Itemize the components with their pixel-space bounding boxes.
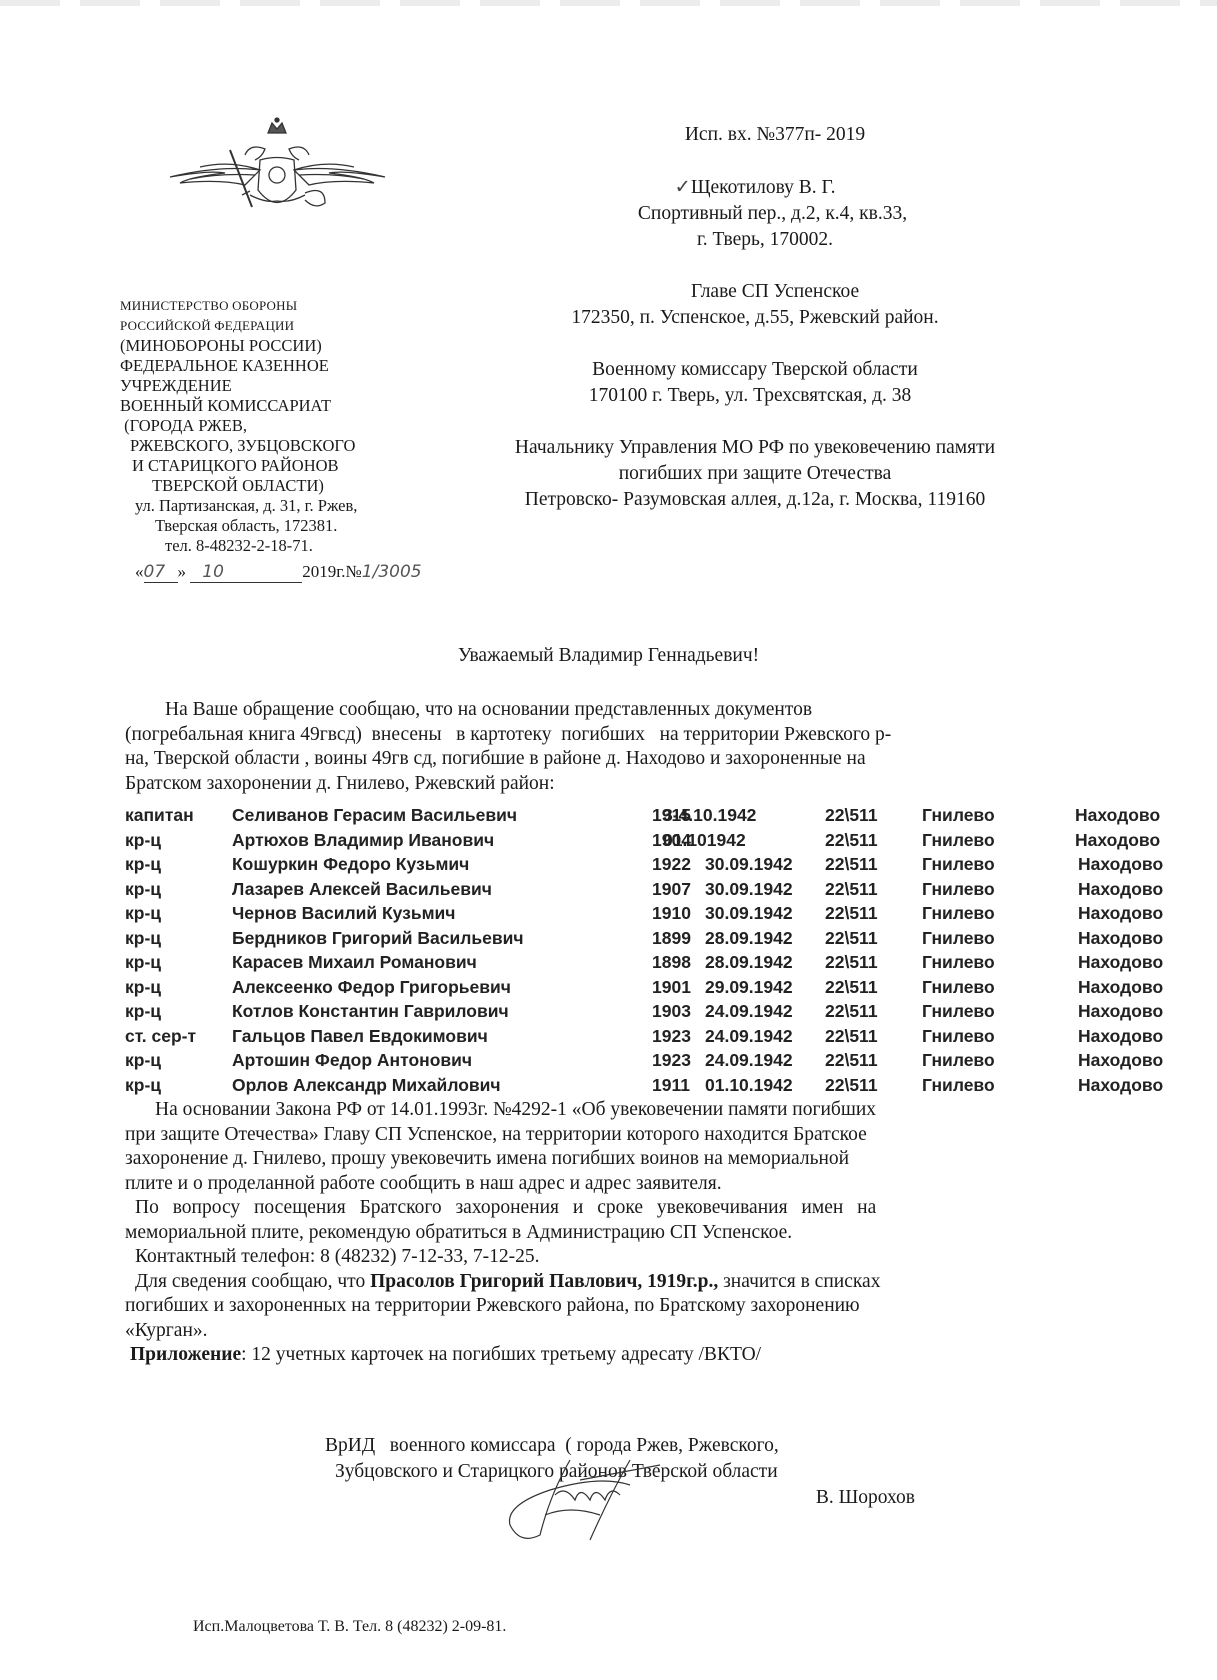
intro-paragraph: На Ваше обращение сообщаю, что на основа…: [125, 698, 1080, 796]
soldier-row: кр-цАртюхов Владимир Иванович190401.1019…: [125, 830, 1185, 855]
soldier-death-date: 01.10.1942: [705, 1075, 793, 1096]
soldier-row: кр-цЧернов Василий Кузьмич191030.09.1942…: [125, 903, 1185, 928]
soldier-death-place: Находово: [1078, 1050, 1163, 1071]
soldier-rank: кр-ц: [125, 879, 161, 900]
soldier-death-date: 24.09.1942: [705, 1050, 793, 1071]
soldier-unit: 22\511: [825, 1001, 878, 1022]
addressee-2-name: Главе СП Успенское: [430, 279, 1080, 305]
sender-block: МИНИСТЕРСТВО ОБОРОНЫ РОССИЙСКОЙ ФЕДЕРАЦИ…: [120, 296, 420, 556]
soldier-death-date: 24.09.1942: [705, 1001, 793, 1022]
soldier-rank: капитан: [125, 805, 194, 826]
attachment-line: Приложение: 12 учетных карточек на погиб…: [125, 1343, 1080, 1368]
soldier-rank: кр-ц: [125, 903, 161, 924]
soldier-burial-place: Гнилево: [922, 879, 995, 900]
soldier-birth-year: 1911: [652, 1075, 690, 1096]
soldier-birth-year: 1923: [652, 1026, 691, 1047]
date-day: 07: [144, 562, 178, 583]
soldier-birth-year: 1898: [652, 952, 691, 973]
sender-line: ТВЕРСКОЙ ОБЛАСТИ): [120, 476, 420, 496]
soldier-row: кр-цАлексеенко Федор Григорьевич190129.0…: [125, 977, 1185, 1002]
sender-address-line: ул. Партизанская, д. 31, г. Ржев,: [120, 496, 420, 516]
soldier-death-place: Находово: [1078, 879, 1163, 900]
sender-address-line: Тверская область, 172381.: [120, 516, 420, 536]
soldier-birth-year: 1907: [652, 879, 691, 900]
soldier-death-place: Находово: [1078, 977, 1163, 998]
soldier-name: Селиванов Герасим Васильевич: [232, 805, 517, 826]
addressee-1-city: г. Тверь, 170002.: [430, 227, 1080, 253]
attachment-label: Приложение: [130, 1344, 241, 1365]
soldier-death-date: 24.09.1942: [705, 1026, 793, 1047]
soldier-burial-place: Гнилево: [922, 952, 995, 973]
soldier-burial-place: Гнилево: [922, 1026, 995, 1047]
sender-line: МИНИСТЕРСТВО ОБОРОНЫ: [120, 296, 420, 316]
soldier-death-place: Находово: [1078, 854, 1163, 875]
soldier-rank: кр-ц: [125, 854, 161, 875]
soldier-birth-year: 1922: [652, 854, 691, 875]
scan-artifact: [0, 0, 1217, 6]
addressee-3-address: 170100 г. Тверь, ул. Трехсвятская, д. 38: [430, 383, 1080, 409]
soldier-birth-year: 1903: [652, 1001, 691, 1022]
soldier-unit: 22\511: [825, 805, 878, 826]
soldier-name: Котлов Константин Гаврилович: [232, 1001, 509, 1022]
info-line: «Курган».: [125, 1319, 1080, 1344]
addressee-4-subtitle: погибших при защите Отечества: [430, 461, 1080, 487]
addressee-2-address: 172350, п. Успенское, д.55, Ржевский рай…: [430, 305, 1080, 331]
law-line: при защите Отечества» Главу СП Успенское…: [125, 1123, 1080, 1148]
soldier-death-place: Находово: [1078, 1075, 1163, 1096]
soldier-rank: кр-ц: [125, 830, 161, 851]
registration-date-line: «07» 102019г.№1/3005: [135, 562, 422, 583]
soldier-burial-place: Гнилево: [922, 1001, 995, 1022]
soldiers-table: капитанСеливанов Герасим Васильевич19153…: [125, 805, 1185, 1099]
soldier-row: кр-цКарасев Михаил Романович189828.09.19…: [125, 952, 1185, 977]
soldier-name: Алексеенко Федор Григорьевич: [232, 977, 511, 998]
sender-line: РЖЕВСКОГО, ЗУБЦОВСКОГО: [120, 436, 420, 456]
soldier-rank: кр-ц: [125, 1001, 161, 1022]
soldier-death-date: 28.09.1942: [705, 928, 793, 949]
soldier-death-place: Находово: [1078, 952, 1163, 973]
executor-footer: Исп.Малоцветова Т. В. Тел. 8 (48232) 2-0…: [193, 1618, 506, 1636]
sender-line: РОССИЙСКОЙ ФЕДЕРАЦИИ: [120, 316, 420, 336]
soldier-death-date: 30.09.1942: [705, 903, 793, 924]
addressee-4-name: Начальнику Управления МО РФ по увековече…: [430, 435, 1080, 461]
soldier-name: Артюхов Владимир Иванович: [232, 830, 494, 851]
date-open-quote: «: [135, 562, 144, 581]
law-paragraph: На основании Закона РФ от 14.01.1993г. №…: [125, 1098, 1080, 1368]
soldier-rank: кр-ц: [125, 928, 161, 949]
soldier-death-date: 01.101942: [663, 830, 746, 851]
soldier-burial-place: Гнилево: [922, 854, 995, 875]
soldier-unit: 22\511: [825, 928, 878, 949]
soldier-unit: 22\511: [825, 879, 878, 900]
sender-line: ФЕДЕРАЛЬНОЕ КАЗЕННОЕ: [120, 356, 420, 376]
soldier-rank: кр-ц: [125, 952, 161, 973]
sender-line: (ГОРОДА РЖЕВ,: [120, 416, 420, 436]
soldier-death-date: 30.09.1942: [705, 879, 793, 900]
intro-line: Братском захоронении д. Гнилево, Ржевски…: [125, 772, 1080, 797]
addressee-3-name: Военному комиссару Тверской области: [430, 357, 1080, 383]
registration-number: 1/3005: [362, 562, 422, 582]
soldier-burial-place: Гнилево: [922, 1075, 995, 1096]
soldier-burial-place: Гнилево: [922, 928, 995, 949]
sender-line: УЧРЕЖДЕНИЕ: [120, 376, 420, 396]
soldier-row: кр-цАртошин Федор Антонович192324.09.194…: [125, 1050, 1185, 1075]
soldier-death-place: Находово: [1078, 928, 1163, 949]
soldier-death-date: 30.09.1942: [705, 854, 793, 875]
soldier-unit: 22\511: [825, 1026, 878, 1047]
addressee-4-address: Петровско- Разумовская аллея, д.12а, г. …: [430, 487, 1080, 513]
soldier-name: Орлов Александр Михайлович: [232, 1075, 501, 1096]
soldier-unit: 22\511: [825, 854, 878, 875]
date-year: 2019г.№: [302, 562, 362, 581]
addressee-1-address: Спортивный пер., д.2, к.4, кв.33,: [430, 201, 1080, 227]
soldier-row: ст. сер-тГальцов Павел Евдокимович192324…: [125, 1026, 1185, 1051]
soldier-death-place: Находово: [1078, 903, 1163, 924]
soldier-unit: 22\511: [825, 952, 878, 973]
date-month: 10: [190, 562, 302, 583]
soldier-row: кр-цКотлов Константин Гаврилович190324.0…: [125, 1001, 1185, 1026]
sender-line: (МИНОБОРОНЫ РОССИИ): [120, 336, 420, 356]
soldier-death-date: 28.09.1942: [705, 952, 793, 973]
visit-line: мемориальной плите, рекомендую обратитьс…: [125, 1221, 1080, 1246]
soldier-unit: 22\511: [825, 977, 878, 998]
soldier-name: Кошуркин Федоро Кузьмич: [232, 854, 469, 875]
soldier-burial-place: Гнилево: [922, 977, 995, 998]
handwritten-signature-icon: [480, 1455, 680, 1545]
date-close-quote: »: [178, 562, 187, 581]
soldier-row: кр-цОрлов Александр Михайлович191101.10.…: [125, 1075, 1185, 1100]
soldier-burial-place: Гнилево: [922, 830, 995, 851]
addressee-1-name: ✓Щекотилову В. Г.: [430, 174, 1080, 201]
soldier-burial-place: Гнилево: [922, 903, 995, 924]
soldier-unit: 22\511: [825, 1075, 878, 1096]
sender-line: И СТАРИЦКОГО РАЙОНОВ: [120, 456, 420, 476]
soldier-unit: 22\511: [825, 903, 878, 924]
soldier-name: Карасев Михаил Романович: [232, 952, 477, 973]
incoming-reference: Исп. вх. №377п- 2019: [430, 122, 1080, 148]
soldier-row: капитанСеливанов Герасим Васильевич19153…: [125, 805, 1185, 830]
soldier-death-place: Находово: [1075, 805, 1160, 826]
soldier-name: Чернов Василий Кузьмич: [232, 903, 455, 924]
intro-line: на, Тверской области , воины 49гв сд, по…: [125, 747, 1080, 772]
soldier-row: кр-цЛазарев Алексей Васильевич190730.09.…: [125, 879, 1185, 904]
soldier-birth-year: 1899: [652, 928, 691, 949]
attachment-text: : 12 учетных карточек на погибших третье…: [241, 1344, 761, 1365]
soldier-name: Лазарев Алексей Васильевич: [232, 879, 492, 900]
visit-line: По вопросу посещения Братского захоронен…: [125, 1196, 1080, 1221]
contact-line: Контактный телефон: 8 (48232) 7-12-33, 7…: [125, 1245, 1080, 1270]
soldier-death-date: 29.09.1942: [705, 977, 793, 998]
soldier-burial-place: Гнилево: [922, 805, 995, 826]
soldier-death-place: Находово: [1078, 1001, 1163, 1022]
soldier-unit: 22\511: [825, 1050, 878, 1071]
sender-phone: тел. 8-48232-2-18-71.: [120, 536, 420, 556]
intro-line: На Ваше обращение сообщаю, что на основа…: [125, 698, 1080, 723]
check-mark-icon: ✓: [675, 175, 691, 198]
soldier-burial-place: Гнилево: [922, 1050, 995, 1071]
info-line: Для сведения сообщаю, что Прасолов Григо…: [125, 1270, 1080, 1295]
salutation: Уважаемый Владимир Геннадьевич!: [0, 645, 1217, 667]
soldier-name: Бердников Григорий Васильевич: [232, 928, 524, 949]
soldier-unit: 22\511: [825, 830, 878, 851]
soldier-rank: кр-ц: [125, 977, 161, 998]
soldier-name: Артошин Федор Антонович: [232, 1050, 472, 1071]
addressees-block: Исп. вх. №377п- 2019 ✓Щекотилову В. Г. С…: [430, 122, 1080, 513]
soldier-name: Гальцов Павел Евдокимович: [232, 1026, 488, 1047]
soldier-death-date: 3-4.10.1942: [663, 805, 756, 826]
soldier-birth-year: 1910: [652, 903, 691, 924]
info-line: погибших и захороненных на территории Рж…: [125, 1294, 1080, 1319]
intro-line: (погребальная книга 49гвсд) внесены в ка…: [125, 723, 1080, 748]
highlighted-soldier: Прасолов Григорий Павлович, 1919г.р.,: [370, 1271, 718, 1292]
law-line: На основании Закона РФ от 14.01.1993г. №…: [125, 1098, 1080, 1123]
law-line: плите и о проделанной работе сообщить в …: [125, 1172, 1080, 1197]
soldier-death-place: Находово: [1078, 1026, 1163, 1047]
law-line: захоронение д. Гнилево, прошу увековечит…: [125, 1147, 1080, 1172]
soldier-rank: ст. сер-т: [125, 1026, 196, 1047]
soldier-birth-year: 1923: [652, 1050, 691, 1071]
sender-line: ВОЕННЫЙ КОМИССАРИАТ: [120, 396, 420, 416]
soldier-rank: кр-ц: [125, 1075, 161, 1096]
soldier-row: кр-цКошуркин Федоро Кузьмич192230.09.194…: [125, 854, 1185, 879]
soldier-rank: кр-ц: [125, 1050, 161, 1071]
soldier-death-place: Находово: [1075, 830, 1160, 851]
soldier-row: кр-цБердников Григорий Васильевич189928.…: [125, 928, 1185, 953]
soldier-birth-year: 1901: [652, 977, 691, 998]
double-headed-eagle-emblem-icon: [150, 115, 405, 225]
